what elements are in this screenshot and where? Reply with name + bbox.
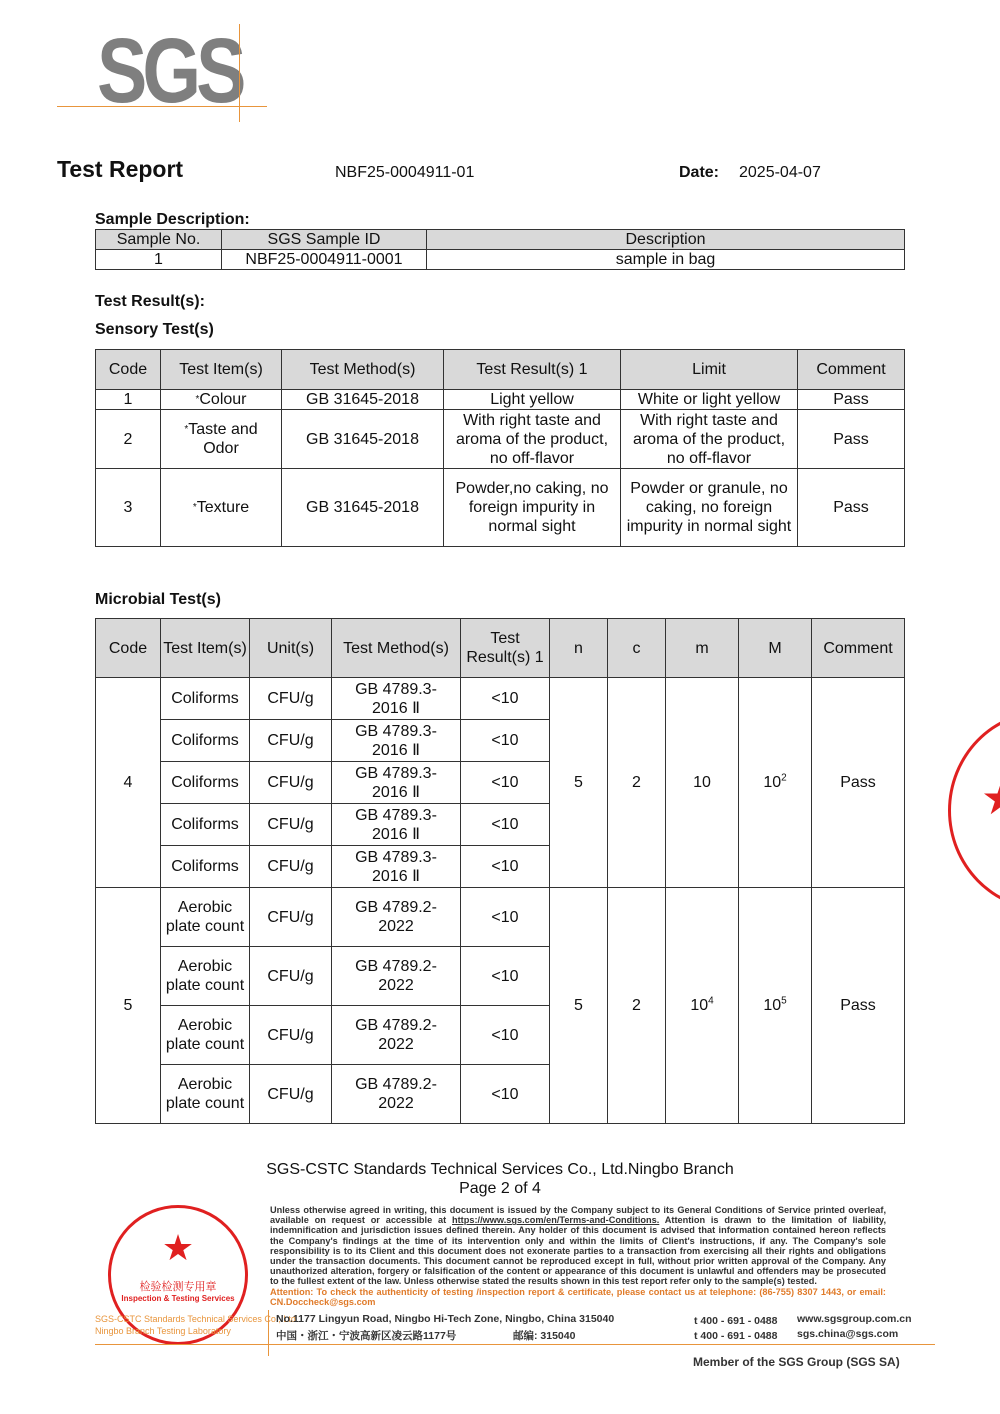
code: 2 [96,410,161,469]
comment: Pass [798,469,905,547]
test-item: *Texture [161,469,282,547]
footer-rule-horizontal [95,1344,935,1345]
table-row: 1*ColourGB 31645-2018Light yellowWhite o… [96,390,905,410]
test-method: GB 4789.3-2016 Ⅱ [332,720,461,762]
test-item: *Taste and Odor [161,410,282,469]
comment: Pass [798,410,905,469]
test-method: GB 31645-2018 [282,390,444,410]
test-result: <10 [461,1006,550,1065]
logo-rule-vertical [239,24,240,122]
test-item: Coliforms [161,762,250,804]
test-result: <10 [461,846,550,888]
test-method: GB 4789.2-2022 [332,888,461,947]
sample-description-table: Sample No. SGS Sample ID Description 1 N… [95,229,905,270]
c-value: 2 [608,888,666,1124]
test-result: <10 [461,1065,550,1124]
test-method: GB 31645-2018 [282,410,444,469]
test-method: GB 4789.3-2016 Ⅱ [332,804,461,846]
seal-text-cn: 检验检测专用章 [111,1278,245,1294]
column-header: n [550,619,608,678]
test-item: Aerobic plate count [161,888,250,947]
asterisk-mark: * [195,394,199,405]
date-value: 2025-04-07 [739,164,821,182]
column-header: Description [427,230,905,250]
company-seal-partial: ★ [948,710,1000,911]
unit: CFU/g [250,846,332,888]
sensory-table: Code Test Item(s) Test Method(s) Test Re… [95,349,905,547]
column-header: Comment [798,350,905,390]
footer-rule-vertical [268,1310,269,1356]
code: 5 [96,888,161,1124]
sample-no: 1 [96,250,222,270]
column-header: Code [96,350,161,390]
phone: t 400 - 691 - 0488 [694,1315,777,1327]
member-note: Member of the SGS Group (SGS SA) [693,1355,900,1369]
test-method: GB 4789.2-2022 [332,1006,461,1065]
star-icon: ★ [111,1230,245,1266]
column-header: Limit [621,350,798,390]
column-header: M [739,619,812,678]
microbial-table: Code Test Item(s) Unit(s) Test Method(s)… [95,618,905,1124]
website-link[interactable]: www.sgsgroup.com.cn [797,1313,912,1325]
unit: CFU/g [250,1065,332,1124]
test-result: <10 [461,947,550,1006]
phone: t 400 - 691 - 0488 [694,1330,777,1342]
test-result: <10 [461,720,550,762]
test-item: Coliforms [161,804,250,846]
test-item: Aerobic plate count [161,1006,250,1065]
sgs-sample-id: NBF25-0004911-0001 [222,250,427,270]
address-en: No.1177 Lingyun Road, Ningbo Hi-Tech Zon… [276,1313,614,1325]
star-icon: ★ [981,775,1000,821]
column-header: Test Item(s) [161,619,250,678]
column-header: Test Method(s) [282,350,444,390]
column-header: Unit(s) [250,619,332,678]
asterisk-mark: * [193,502,197,513]
test-item: Coliforms [161,678,250,720]
seal-text-en: Inspection & Testing Services [111,1294,245,1303]
test-method: GB 4789.3-2016 Ⅱ [332,762,461,804]
sensory-heading: Sensory Test(s) [95,321,214,339]
column-header: Sample No. [96,230,222,250]
unit: CFU/g [250,947,332,1006]
column-header: Comment [812,619,905,678]
test-item: Aerobic plate count [161,1065,250,1124]
terms-link[interactable]: https://www.sgs.com/en/Terms-and-Conditi… [452,1215,659,1225]
authenticity-notice: Attention: To check the authenticity of … [270,1287,886,1307]
asterisk-mark: * [184,424,188,435]
address-cn: 中国・浙江・宁波高新区凌云路1177号 [276,1328,456,1343]
test-result: Light yellow [444,390,621,410]
code: 4 [96,678,161,888]
column-header: Test Item(s) [161,350,282,390]
limit: With right taste and aroma of the produc… [621,410,798,469]
test-method: GB 31645-2018 [282,469,444,547]
test-method: GB 4789.3-2016 Ⅱ [332,678,461,720]
code: 3 [96,469,161,547]
test-item: Aerobic plate count [161,947,250,1006]
table-row: 2*Taste and OdorGB 31645-2018With right … [96,410,905,469]
test-result: <10 [461,804,550,846]
logo-rule-horizontal [57,106,267,107]
test-item: *Colour [161,390,282,410]
column-header: Test Result(s) 1 [461,619,550,678]
comment: Pass [798,390,905,410]
column-header: SGS Sample ID [222,230,427,250]
disclaimer: Unless otherwise agreed in writing, this… [270,1205,886,1307]
column-header: c [608,619,666,678]
column-header: Test Result(s) 1 [444,350,621,390]
limit: White or light yellow [621,390,798,410]
test-method: GB 4789.2-2022 [332,1065,461,1124]
test-item: Coliforms [161,720,250,762]
sgs-logo: SGS [97,25,242,117]
column-header: Test Method(s) [332,619,461,678]
report-number: NBF25-0004911-01 [335,164,474,182]
page-title: Test Report [57,156,183,183]
test-result: <10 [461,762,550,804]
test-item: Coliforms [161,846,250,888]
unit: CFU/g [250,678,332,720]
test-result: <10 [461,678,550,720]
table-row: 5Aerobic plate countCFU/gGB 4789.2-2022<… [96,888,905,947]
disclaimer-text: Attention is drawn to the limitation of … [270,1215,886,1286]
footer-company-name: SGS-CSTC Standards Technical Services Co… [0,1160,1000,1198]
date-label: Date: [679,164,719,182]
column-header: Code [96,619,161,678]
m-limit: 104 [666,888,739,1124]
limit: Powder or granule, no caking, no foreign… [621,469,798,547]
unit: CFU/g [250,1006,332,1065]
test-result: Powder,no caking, no foreign impurity in… [444,469,621,547]
n-value: 5 [550,678,608,888]
postcode-cn: 邮编: 315040 [513,1328,575,1343]
M-limit: 105 [739,888,812,1124]
test-method: GB 4789.3-2016 Ⅱ [332,846,461,888]
test-result: With right taste and aroma of the produc… [444,410,621,469]
test-method: GB 4789.2-2022 [332,947,461,1006]
unit: CFU/g [250,888,332,947]
comment: Pass [812,678,905,888]
unit: CFU/g [250,804,332,846]
test-result: <10 [461,888,550,947]
sample-description-heading: Sample Description: [95,211,250,229]
comment: Pass [812,888,905,1124]
microbial-heading: Microbial Test(s) [95,591,221,609]
column-header: m [666,619,739,678]
table-row: 1 NBF25-0004911-0001 sample in bag [96,250,905,270]
email-link[interactable]: sgs.china@sgs.com [797,1328,898,1340]
table-row: 3*TextureGB 31645-2018Powder,no caking, … [96,469,905,547]
M-limit: 102 [739,678,812,888]
test-results-heading: Test Result(s): [95,293,205,311]
sample-description: sample in bag [427,250,905,270]
n-value: 5 [550,888,608,1124]
m-limit: 10 [666,678,739,888]
c-value: 2 [608,678,666,888]
code: 1 [96,390,161,410]
company-name: SGS-CSTC Standards Technical Services Co… [0,1160,1000,1179]
page-number: Page 2 of 4 [0,1179,1000,1198]
unit: CFU/g [250,762,332,804]
table-row: 4ColiformsCFU/gGB 4789.3-2016 Ⅱ<10521010… [96,678,905,720]
unit: CFU/g [250,720,332,762]
